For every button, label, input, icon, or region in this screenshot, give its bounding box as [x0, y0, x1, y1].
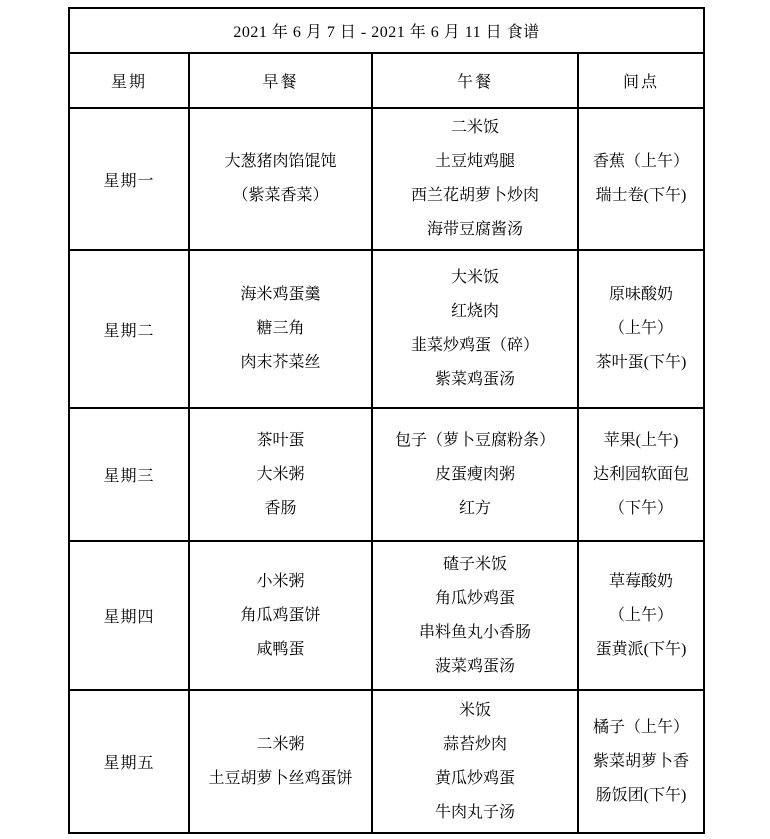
menu-item: 香蕉（上午）: [583, 145, 699, 179]
menu-item: 串料鱼丸小香肠: [377, 616, 573, 650]
header-row: 星期 早餐 午餐 间点: [69, 53, 704, 108]
menu-table: 2021 年 6 月 7 日 - 2021 年 6 月 11 日 食谱 星期 早…: [68, 7, 705, 834]
wednesday-snack-cell: 苹果(上午)达利园软面包（下午）: [578, 408, 704, 541]
menu-item: （紫菜香菜）: [194, 179, 367, 213]
tuesday-lunch-cell: 大米饭红烧肉韭菜炒鸡蛋（碎）紫菜鸡蛋汤: [372, 250, 578, 408]
menu-item: 西兰花胡萝卜炒肉: [377, 179, 573, 213]
menu-item: 紫菜鸡蛋汤: [377, 363, 573, 397]
menu-item: 土豆胡萝卜丝鸡蛋饼: [194, 762, 367, 796]
table-row-tuesday: 星期二 海米鸡蛋羹糖三角肉末芥菜丝 大米饭红烧肉韭菜炒鸡蛋（碎）紫菜鸡蛋汤 原味…: [69, 250, 704, 408]
table-row-wednesday: 星期三 茶叶蛋大米粥香肠 包子（萝卜豆腐粉条）皮蛋瘦肉粥红方 苹果(上午)达利园…: [69, 408, 704, 541]
menu-item: 糖三角: [194, 312, 367, 346]
menu-item: 二米饭: [377, 111, 573, 145]
menu-item: 菠菜鸡蛋汤: [377, 650, 573, 684]
menu-item: 米饭: [377, 694, 573, 728]
menu-item: 韭菜炒鸡蛋（碎）: [377, 329, 573, 363]
menu-item: 碴子米饭: [377, 548, 573, 582]
table-row-monday: 星期一 大葱猪肉馅馄饨（紫菜香菜） 二米饭土豆炖鸡腿西兰花胡萝卜炒肉海带豆腐酱汤…: [69, 108, 704, 250]
wednesday-lunch-cell: 包子（萝卜豆腐粉条）皮蛋瘦肉粥红方: [372, 408, 578, 541]
menu-item: 肉末芥菜丝: [194, 346, 367, 380]
menu-item: 海米鸡蛋羹: [194, 278, 367, 312]
menu-item: 达利园软面包: [583, 458, 699, 492]
column-header-breakfast: 早餐: [189, 53, 372, 108]
menu-item: （上午）: [583, 599, 699, 633]
menu-item: 角瓜炒鸡蛋: [377, 582, 573, 616]
menu-item: 原味酸奶: [583, 278, 699, 312]
friday-lunch-cell: 米饭蒜苔炒肉黄瓜炒鸡蛋牛肉丸子汤: [372, 690, 578, 833]
menu-item: 大米饭: [377, 261, 573, 295]
title-row: 2021 年 6 月 7 日 - 2021 年 6 月 11 日 食谱: [69, 8, 704, 53]
menu-item: 香肠: [194, 492, 367, 526]
menu-item: 包子（萝卜豆腐粉条）: [377, 424, 573, 458]
day-label-friday: 星期五: [69, 690, 189, 833]
tuesday-snack-cell: 原味酸奶（上午）茶叶蛋(下午): [578, 250, 704, 408]
table-row-thursday: 星期四 小米粥角瓜鸡蛋饼咸鸭蛋 碴子米饭角瓜炒鸡蛋串料鱼丸小香肠菠菜鸡蛋汤 草莓…: [69, 541, 704, 690]
table-row-friday: 星期五 二米粥土豆胡萝卜丝鸡蛋饼 米饭蒜苔炒肉黄瓜炒鸡蛋牛肉丸子汤 橘子（上午）…: [69, 690, 704, 833]
day-label-tuesday: 星期二: [69, 250, 189, 408]
menu-item: 海带豆腐酱汤: [377, 213, 573, 247]
wednesday-breakfast-cell: 茶叶蛋大米粥香肠: [189, 408, 372, 541]
thursday-snack-cell: 草莓酸奶（上午）蛋黄派(下午): [578, 541, 704, 690]
menu-item: 红烧肉: [377, 295, 573, 329]
menu-item: 蛋黄派(下午): [583, 633, 699, 667]
menu-item: 红方: [377, 492, 573, 526]
menu-item: 橘子（上午）: [583, 711, 699, 745]
monday-breakfast-cell: 大葱猪肉馅馄饨（紫菜香菜）: [189, 108, 372, 250]
menu-item: 土豆炖鸡腿: [377, 145, 573, 179]
column-header-snack: 间点: [578, 53, 704, 108]
column-header-day: 星期: [69, 53, 189, 108]
menu-item: 茶叶蛋(下午): [583, 346, 699, 380]
menu-item: 大米粥: [194, 458, 367, 492]
menu-item: 茶叶蛋: [194, 424, 367, 458]
column-header-lunch: 午餐: [372, 53, 578, 108]
day-label-wednesday: 星期三: [69, 408, 189, 541]
menu-item: 草莓酸奶: [583, 565, 699, 599]
day-label-monday: 星期一: [69, 108, 189, 250]
day-label-thursday: 星期四: [69, 541, 189, 690]
menu-item: 角瓜鸡蛋饼: [194, 599, 367, 633]
menu-item: 蒜苔炒肉: [377, 728, 573, 762]
menu-item: 黄瓜炒鸡蛋: [377, 762, 573, 796]
tuesday-breakfast-cell: 海米鸡蛋羹糖三角肉末芥菜丝: [189, 250, 372, 408]
menu-item: 苹果(上午): [583, 424, 699, 458]
menu-item: 咸鸭蛋: [194, 633, 367, 667]
menu-item: 二米粥: [194, 728, 367, 762]
menu-item: 皮蛋瘦肉粥: [377, 458, 573, 492]
weekly-menu-document: 2021 年 6 月 7 日 - 2021 年 6 月 11 日 食谱 星期 早…: [68, 7, 705, 834]
menu-item: 小米粥: [194, 565, 367, 599]
monday-snack-cell: 香蕉（上午）瑞士卷(下午): [578, 108, 704, 250]
friday-snack-cell: 橘子（上午）紫菜胡萝卜香肠饭团(下午): [578, 690, 704, 833]
menu-item: 大葱猪肉馅馄饨: [194, 145, 367, 179]
friday-breakfast-cell: 二米粥土豆胡萝卜丝鸡蛋饼: [189, 690, 372, 833]
menu-item: （上午）: [583, 312, 699, 346]
thursday-breakfast-cell: 小米粥角瓜鸡蛋饼咸鸭蛋: [189, 541, 372, 690]
menu-item: 紫菜胡萝卜香: [583, 745, 699, 779]
document-title: 2021 年 6 月 7 日 - 2021 年 6 月 11 日 食谱: [69, 8, 704, 53]
menu-item: 瑞士卷(下午): [583, 179, 699, 213]
menu-item: 肠饭团(下午): [583, 779, 699, 813]
menu-item: 牛肉丸子汤: [377, 796, 573, 830]
monday-lunch-cell: 二米饭土豆炖鸡腿西兰花胡萝卜炒肉海带豆腐酱汤: [372, 108, 578, 250]
menu-item: （下午）: [583, 492, 699, 526]
thursday-lunch-cell: 碴子米饭角瓜炒鸡蛋串料鱼丸小香肠菠菜鸡蛋汤: [372, 541, 578, 690]
